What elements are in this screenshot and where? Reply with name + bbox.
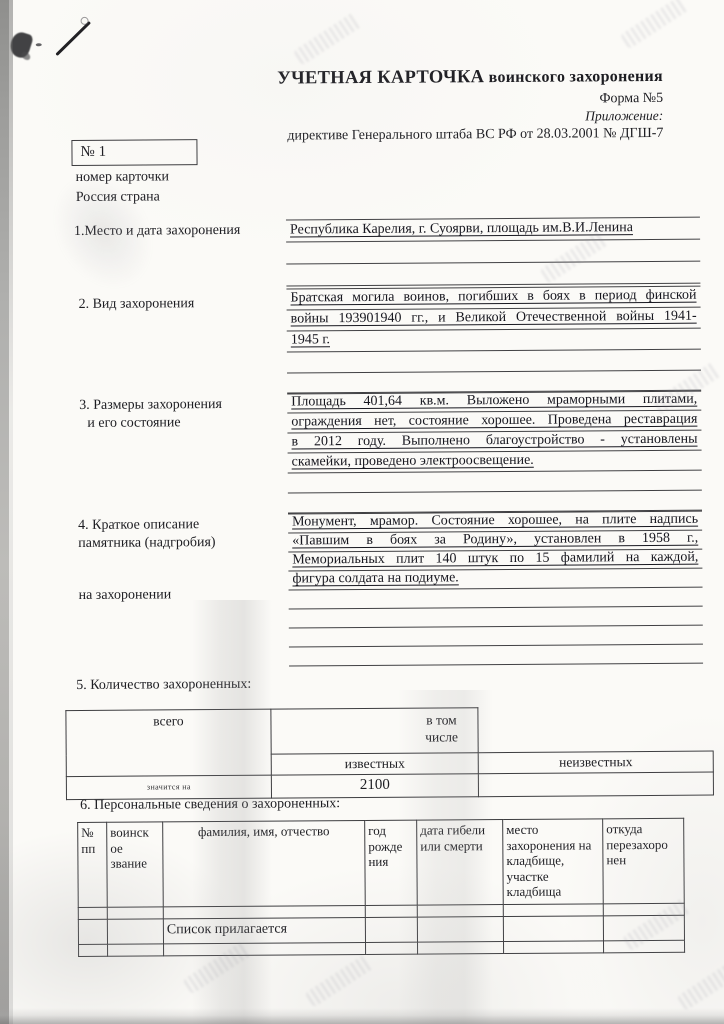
empty-cell bbox=[107, 919, 163, 944]
empty-cell bbox=[504, 941, 604, 954]
document-header: УЧЕТНАЯ КАРТОЧКА воинского захоронения Ф… bbox=[277, 66, 663, 145]
watermark bbox=[620, 0, 689, 49]
pen-slash-loop bbox=[81, 17, 89, 25]
section1-line: Республика Карелия, г. Суоярви, площадь … bbox=[286, 218, 700, 243]
section4-label-line3: на захоронении bbox=[79, 587, 172, 604]
ink-dot-mark bbox=[36, 43, 42, 46]
scan-edge-shadow bbox=[9, 0, 13, 1024]
table-row: всего в том числе bbox=[66, 706, 713, 755]
watermark bbox=[305, 954, 374, 1008]
section2-line: Братская могила воинов, погибших в боях … bbox=[286, 287, 700, 311]
col-header-index: № пп bbox=[78, 822, 108, 907]
col-header-grave-place: место захоронения на кладбище, участке к… bbox=[503, 819, 604, 905]
section3-label-line2: и его состояние bbox=[87, 415, 180, 432]
empty-cell bbox=[503, 916, 603, 942]
section1-answer: Республика Карелия, г. Суоярви, площадь … bbox=[286, 217, 700, 287]
ruled-line bbox=[286, 240, 700, 265]
document-title-sub: воинского захоронения bbox=[484, 68, 663, 86]
scanned-document-page: УЧЕТНАЯ КАРТОЧКА воинского захоронения Ф… bbox=[0, 0, 724, 1024]
unknown-count-value bbox=[478, 772, 713, 797]
empty-cell bbox=[78, 907, 107, 919]
card-number-box: № 1 bbox=[71, 139, 197, 166]
section2-answer: Братская могила воинов, погибших в боях … bbox=[286, 286, 701, 395]
col-header-rank: воинск ое звание bbox=[107, 822, 164, 907]
empty-cell bbox=[108, 944, 164, 956]
annex-note: Приложение: bbox=[277, 108, 663, 127]
col-header-unknown: неизвестных bbox=[478, 751, 713, 774]
burial-count-table: всего в том числе известных неизвестных … bbox=[65, 706, 714, 801]
personal-records-table: № пп воинск ое звание фамилия, имя, отче… bbox=[77, 818, 685, 957]
col-header-reburied-from: откуда перезахоро нен bbox=[603, 818, 685, 904]
scan-bottom-shadow bbox=[0, 1008, 724, 1024]
ink-blot-smear bbox=[20, 50, 32, 62]
table-row: значится на 2100 bbox=[66, 772, 713, 800]
section4-answer: Монумент, мрамор. Состояние хорошее, на … bbox=[288, 511, 703, 667]
ruled-line bbox=[287, 350, 701, 374]
section4-label-line2: памятника (надгробия) bbox=[78, 535, 215, 552]
section2-line: войны 193901940 гг., и Великой Отечестве… bbox=[287, 308, 701, 332]
scan-edge-strip bbox=[0, 0, 9, 1024]
watermark bbox=[293, 12, 362, 66]
section3-label: 3. Размеры захоронения bbox=[79, 397, 222, 414]
directive-line: директиве Генерального штаба ВС РФ от 28… bbox=[278, 126, 664, 145]
watermark bbox=[677, 957, 724, 1011]
scan-streak bbox=[398, 690, 493, 1024]
empty-cell bbox=[78, 919, 107, 944]
table-header-row: № пп воинск ое звание фамилия, имя, отче… bbox=[78, 818, 685, 907]
empty-cell bbox=[503, 904, 603, 917]
scan-streak bbox=[192, 600, 272, 1024]
section2-line: 1945 г. bbox=[287, 329, 701, 353]
section3-answer: Площадь 401,64 кв.м. Выложено мраморными… bbox=[287, 390, 702, 514]
empty-cell bbox=[79, 944, 108, 956]
section4-label: 4. Краткое описание bbox=[78, 517, 199, 534]
document-title: УЧЕТНАЯ КАРТОЧКА воинского захоронения bbox=[277, 66, 663, 90]
empty-cell bbox=[107, 907, 163, 919]
ruled-line bbox=[289, 645, 703, 667]
form-number: Форма №5 bbox=[277, 91, 663, 110]
document-title-main: УЧЕТНАЯ КАРТОЧКА bbox=[277, 67, 484, 88]
pen-slash-mark bbox=[55, 21, 91, 56]
ruled-line bbox=[286, 262, 700, 287]
document-content: УЧЕТНАЯ КАРТОЧКА воинского захоронения Ф… bbox=[0, 0, 724, 1024]
table-open-cell bbox=[478, 706, 713, 752]
